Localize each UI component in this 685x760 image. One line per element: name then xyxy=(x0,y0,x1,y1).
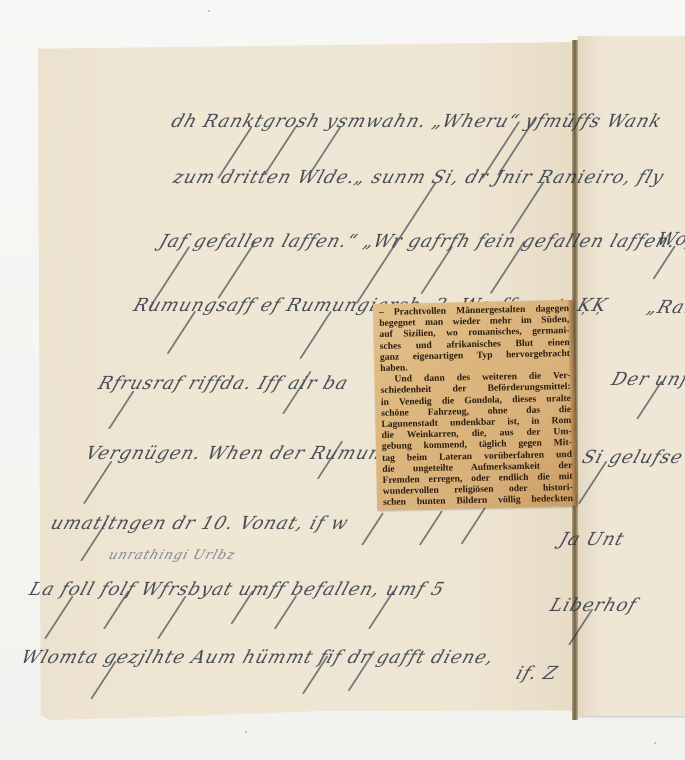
handwritten-line: Ja Unt xyxy=(557,530,627,550)
handwritten-line: Wofen, dr xyxy=(654,230,685,250)
pen-stroke xyxy=(653,246,676,280)
handwritten-line: Si gelufse xyxy=(579,448,685,468)
handwritten-line: Liberhof xyxy=(547,596,639,616)
right-page-handwriting: Tengl f Si lafte Wofen, dr „Ra. Der unfr… xyxy=(0,0,685,760)
newspaper-clipping: – Prachtvollen Männergestalten dagegen b… xyxy=(373,300,577,510)
handwritten-line: Der unfre xyxy=(609,370,685,390)
handwritten-line: if. Z xyxy=(513,664,560,684)
dust-speck xyxy=(654,742,656,744)
handwritten-line: „Ra. xyxy=(644,298,685,318)
